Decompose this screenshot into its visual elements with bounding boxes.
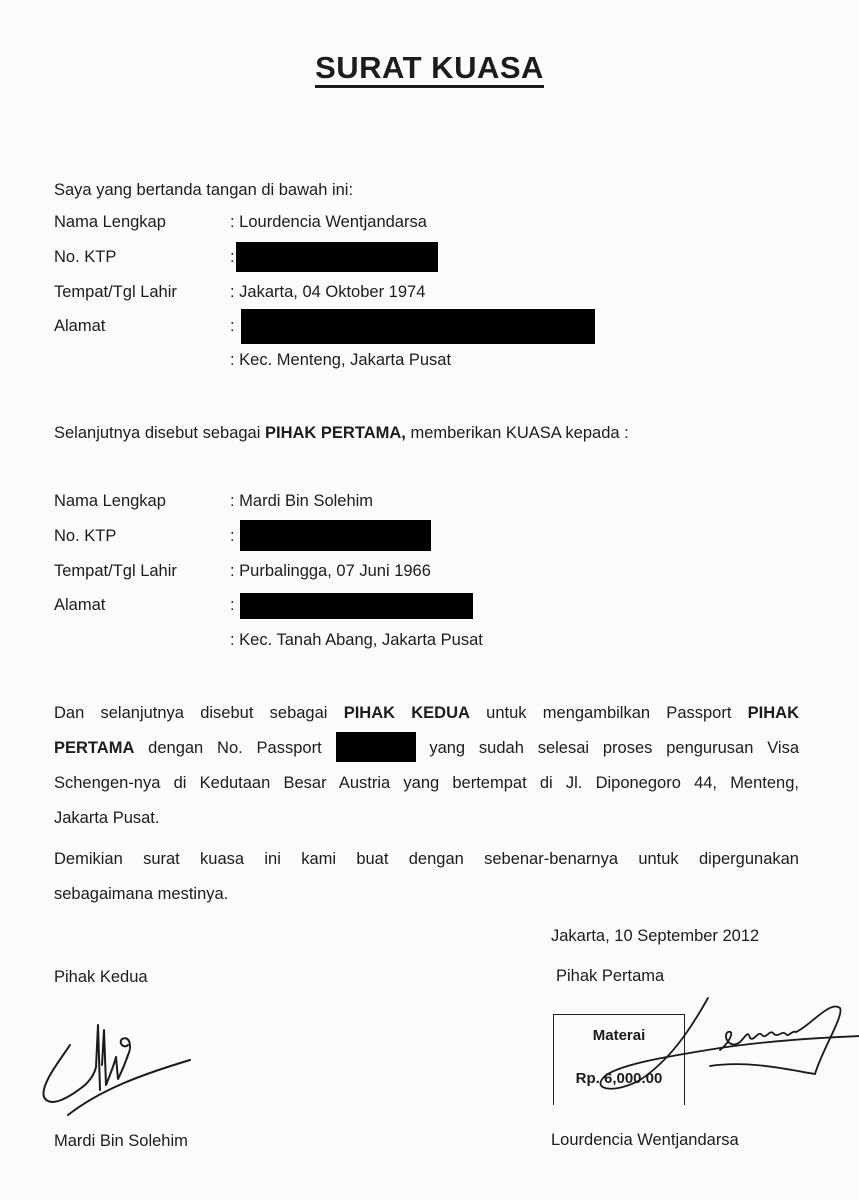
field-label: Nama Lengkap: [54, 213, 166, 232]
body-line-2: PERTAMA dengan No. Passport yang sudah s…: [54, 731, 799, 766]
place-date: Jakarta, 10 September 2012: [551, 927, 759, 946]
redaction-box: [241, 309, 595, 344]
redaction-box: [240, 593, 473, 619]
body-line-4: Jakarta Pusat.: [54, 801, 799, 836]
field-value-address-line2: : Kec. Menteng, Jakarta Pusat: [230, 351, 451, 370]
body-line-3: Schengen-nya di Kedutaan Besar Austria y…: [54, 766, 799, 801]
transition-bold: PIHAK PERTAMA,: [265, 424, 406, 442]
field-label: Alamat: [54, 596, 105, 615]
field-value-ktp: :: [230, 527, 235, 546]
bold-text: PIHAK KEDUA: [344, 704, 470, 722]
closing-line-1: Demikian surat kuasa ini kami buat denga…: [54, 842, 799, 877]
field-value-birth: : Purbalingga, 07 Juni 1966: [230, 562, 431, 581]
closing-line-2: sebagaimana mestinya.: [54, 877, 799, 912]
transition-pre: Selanjutnya disebut sebagai: [54, 424, 265, 442]
field-value-birth: : Jakarta, 04 Oktober 1974: [230, 283, 425, 302]
field-value-address: :: [230, 596, 235, 615]
body-paragraph: Dan selanjutnya disebut sebagai PIHAK KE…: [54, 696, 799, 836]
text: untuk mengambilkan Passport: [470, 704, 748, 722]
redaction-box: [240, 520, 431, 551]
field-value-ktp: :: [230, 248, 235, 267]
bold-text: PERTAMA: [54, 739, 134, 757]
field-value-address: :: [230, 317, 235, 336]
field-label: Alamat: [54, 317, 105, 336]
right-signatory-role: Pihak Pertama: [556, 967, 664, 986]
document-title: SURAT KUASA: [0, 50, 859, 86]
transition-post: memberikan KUASA kepada :: [406, 424, 629, 442]
left-signatory-role: Pihak Kedua: [54, 968, 148, 987]
left-signatory-name: Mardi Bin Solehim: [54, 1132, 188, 1151]
document-title-text: SURAT KUASA: [315, 50, 544, 88]
text: dengan No. Passport: [134, 739, 335, 757]
field-value-name: : Mardi Bin Solehim: [230, 492, 373, 511]
field-value-address-line2: : Kec. Tanah Abang, Jakarta Pusat: [230, 631, 483, 650]
text: Dan selanjutnya disebut sebagai: [54, 704, 344, 722]
field-label: Tempat/Tgl Lahir: [54, 562, 177, 581]
field-label: No. KTP: [54, 248, 116, 267]
closing-paragraph: Demikian surat kuasa ini kami buat denga…: [54, 842, 799, 912]
left-signature-icon: [30, 1005, 200, 1115]
intro-text: Saya yang bertanda tangan di bawah ini:: [54, 181, 353, 200]
field-value-name: : Lourdencia Wentjandarsa: [230, 213, 427, 232]
bold-text: PIHAK: [748, 704, 799, 722]
field-label: No. KTP: [54, 527, 116, 546]
redaction-box: [236, 242, 438, 272]
text: yang sudah selesai proses pengurusan Vis…: [416, 739, 800, 757]
body-line-1: Dan selanjutnya disebut sebagai PIHAK KE…: [54, 696, 799, 731]
field-label: Nama Lengkap: [54, 492, 166, 511]
passport-redaction-box: [336, 732, 416, 762]
right-signatory-name: Lourdencia Wentjandarsa: [551, 1131, 739, 1150]
right-signature-icon: [560, 990, 859, 1100]
field-label: Tempat/Tgl Lahir: [54, 283, 177, 302]
transition-text: Selanjutnya disebut sebagai PIHAK PERTAM…: [54, 424, 629, 443]
